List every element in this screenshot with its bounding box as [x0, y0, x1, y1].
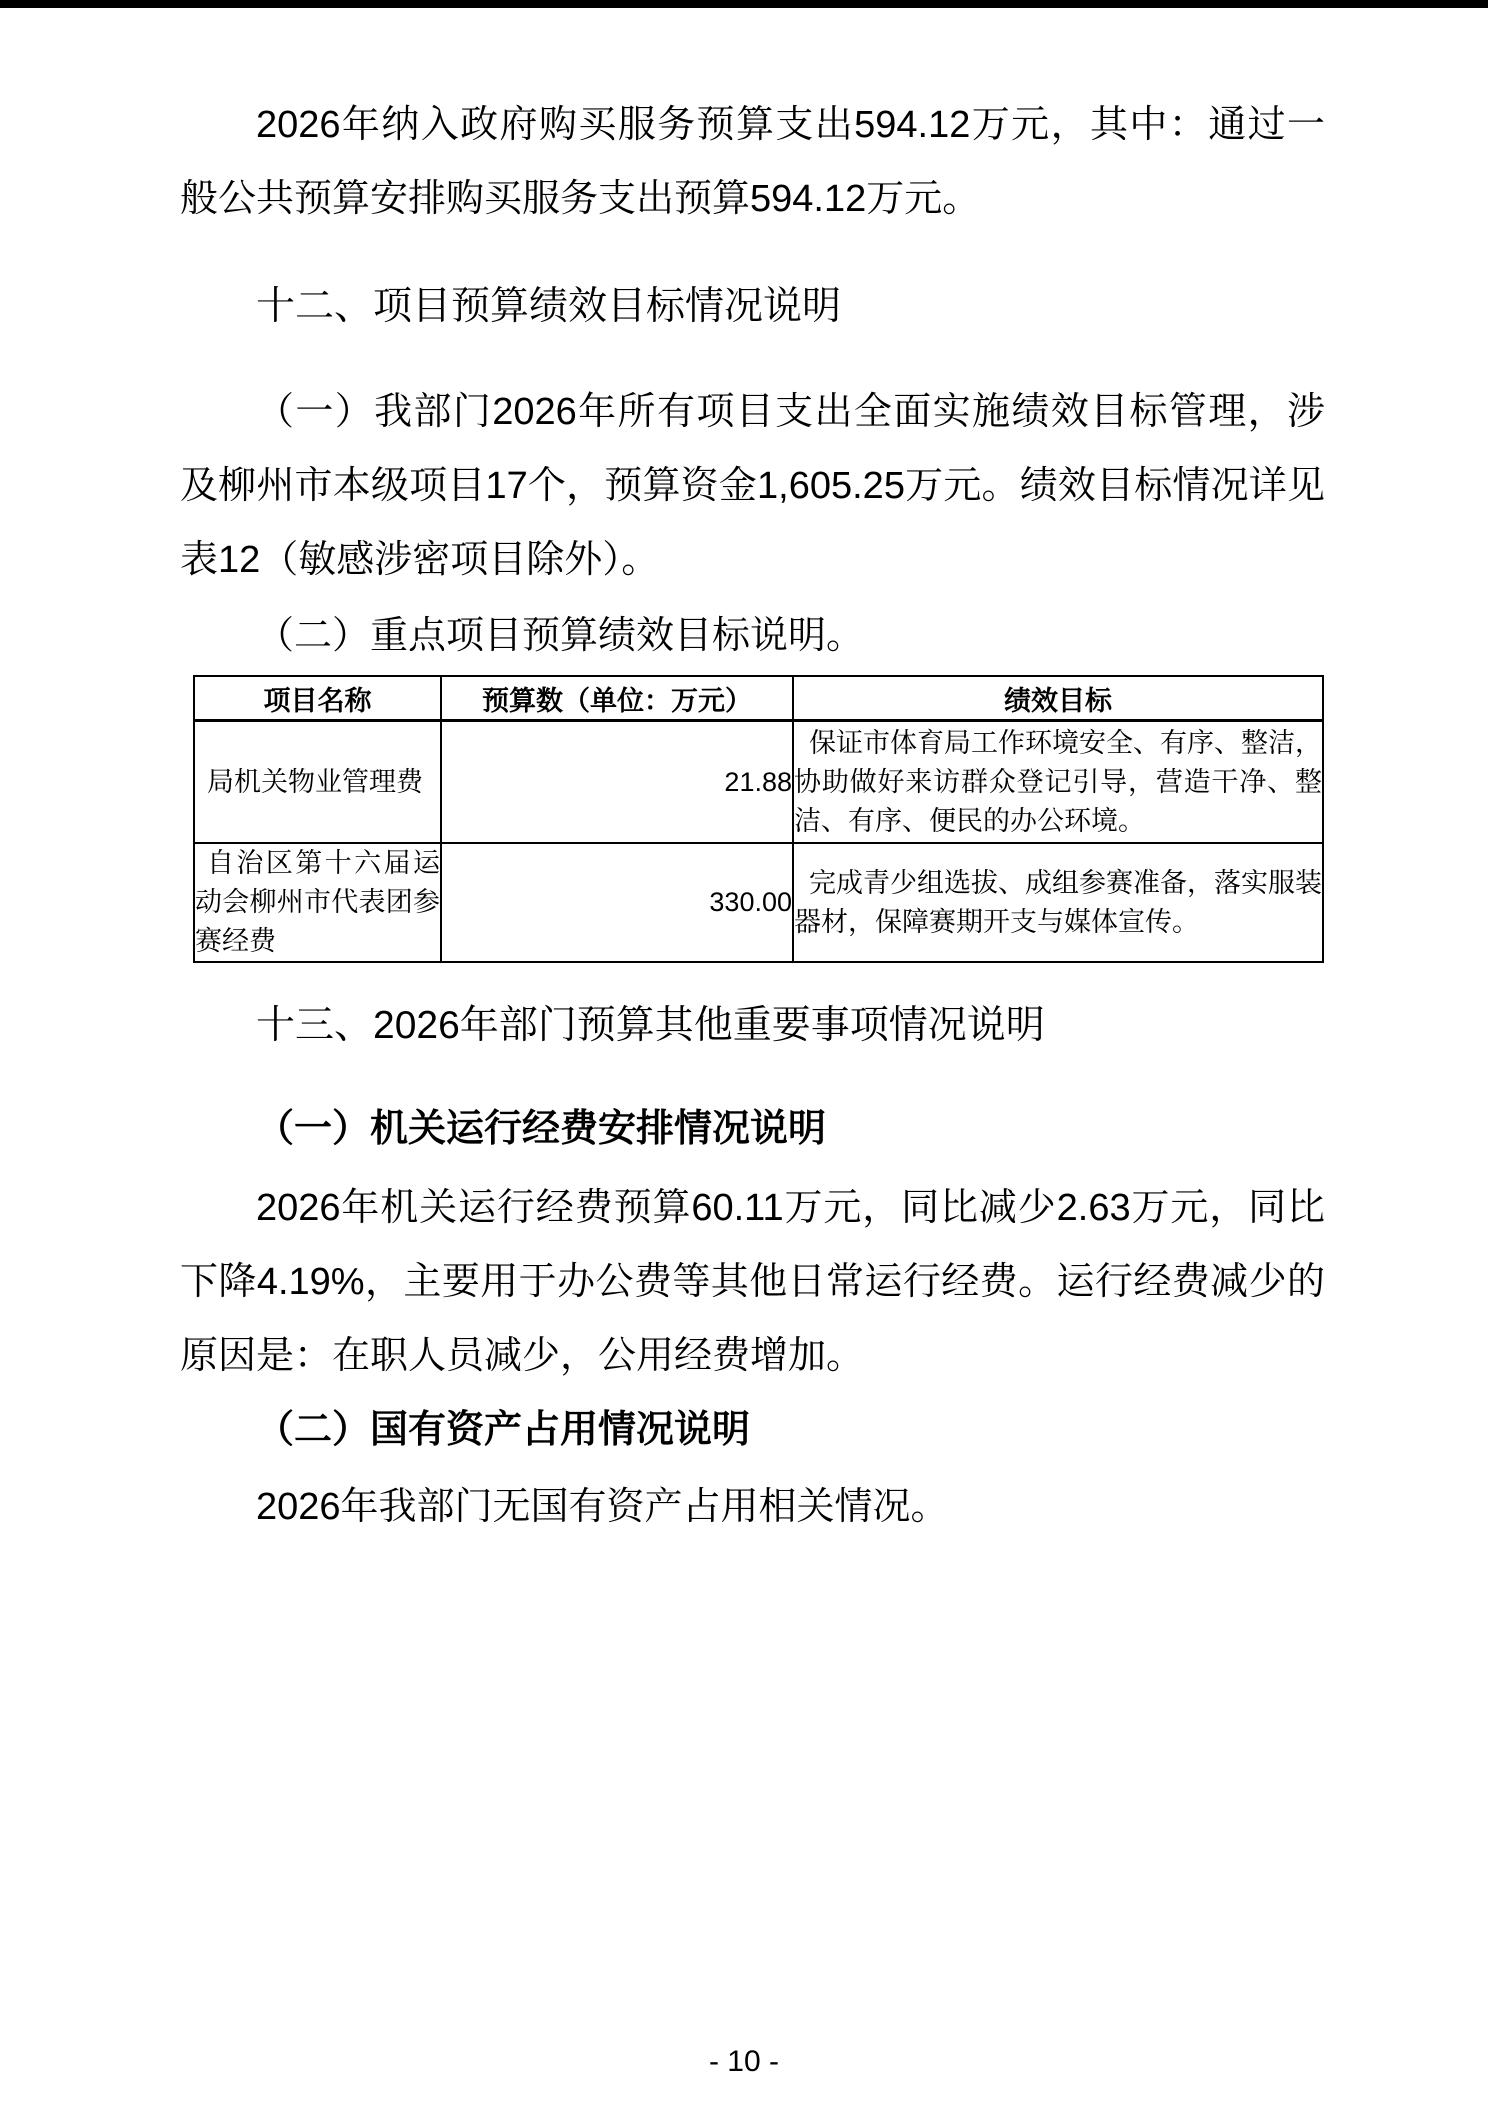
- performance-target-cell: 完成青少组选拔、成组参赛准备，落实服装器材，保障赛期开支与媒体宣传。: [793, 843, 1323, 962]
- page-top-rule: [0, 0, 1488, 8]
- section-13-sub-1-heading: （一）机关运行经费安排情况说明: [180, 1092, 1325, 1166]
- section-12-heading: 十二、项目预算绩效目标情况说明: [180, 270, 1325, 344]
- table-header-row: 项目名称 预算数（单位：万元） 绩效目标: [194, 676, 1323, 721]
- section-13-sub-1-body: 2026年机关运行经费预算60.11万元，同比减少2.63万元，同比下降4.19…: [180, 1171, 1325, 1393]
- section-13-sub-2-body: 2026年我部门无国有资产占用相关情况。: [180, 1470, 1325, 1544]
- section-12-item-1: （一）我部门2026年所有项目支出全面实施绩效目标管理，涉及柳州市本级项目17个…: [180, 375, 1325, 597]
- column-header-project-name: 项目名称: [194, 676, 441, 721]
- paragraph-gov-purchase: 2026年纳入政府购买服务预算支出594.12万元，其中：通过一般公共预算安排购…: [180, 88, 1325, 236]
- project-name-cell: 局机关物业管理费: [194, 721, 441, 844]
- section-12-item-2: （二）重点项目预算绩效目标说明。: [180, 599, 1325, 673]
- performance-target-cell: 保证市体育局工作环境安全、有序、整洁，协助做好来访群众登记引导，营造干净、整洁、…: [793, 721, 1323, 844]
- column-header-performance-target: 绩效目标: [793, 676, 1323, 721]
- document-page: 2026年纳入政府购买服务预算支出594.12万元，其中：通过一般公共预算安排购…: [0, 0, 1488, 2104]
- page-number: - 10 -: [0, 2042, 1488, 2082]
- column-header-budget: 预算数（单位：万元）: [441, 676, 793, 721]
- table-row: 局机关物业管理费 21.88 保证市体育局工作环境安全、有序、整洁，协助做好来访…: [194, 721, 1323, 844]
- project-name-cell: 自治区第十六届运动会柳州市代表团参赛经费: [194, 843, 441, 962]
- section-13-sub-2-heading: （二）国有资产占用情况说明: [180, 1393, 1325, 1467]
- budget-cell: 330.00: [441, 843, 793, 962]
- table-row: 自治区第十六届运动会柳州市代表团参赛经费 330.00 完成青少组选拔、成组参赛…: [194, 843, 1323, 962]
- page-content: 2026年纳入政府购买服务预算支出594.12万元，其中：通过一般公共预算安排购…: [0, 0, 1488, 1544]
- budget-cell: 21.88: [441, 721, 793, 844]
- performance-target-table: 项目名称 预算数（单位：万元） 绩效目标 局机关物业管理费 21.88 保证市体…: [193, 675, 1324, 963]
- section-13-heading: 十三、2026年部门预算其他重要事项情况说明: [180, 989, 1325, 1063]
